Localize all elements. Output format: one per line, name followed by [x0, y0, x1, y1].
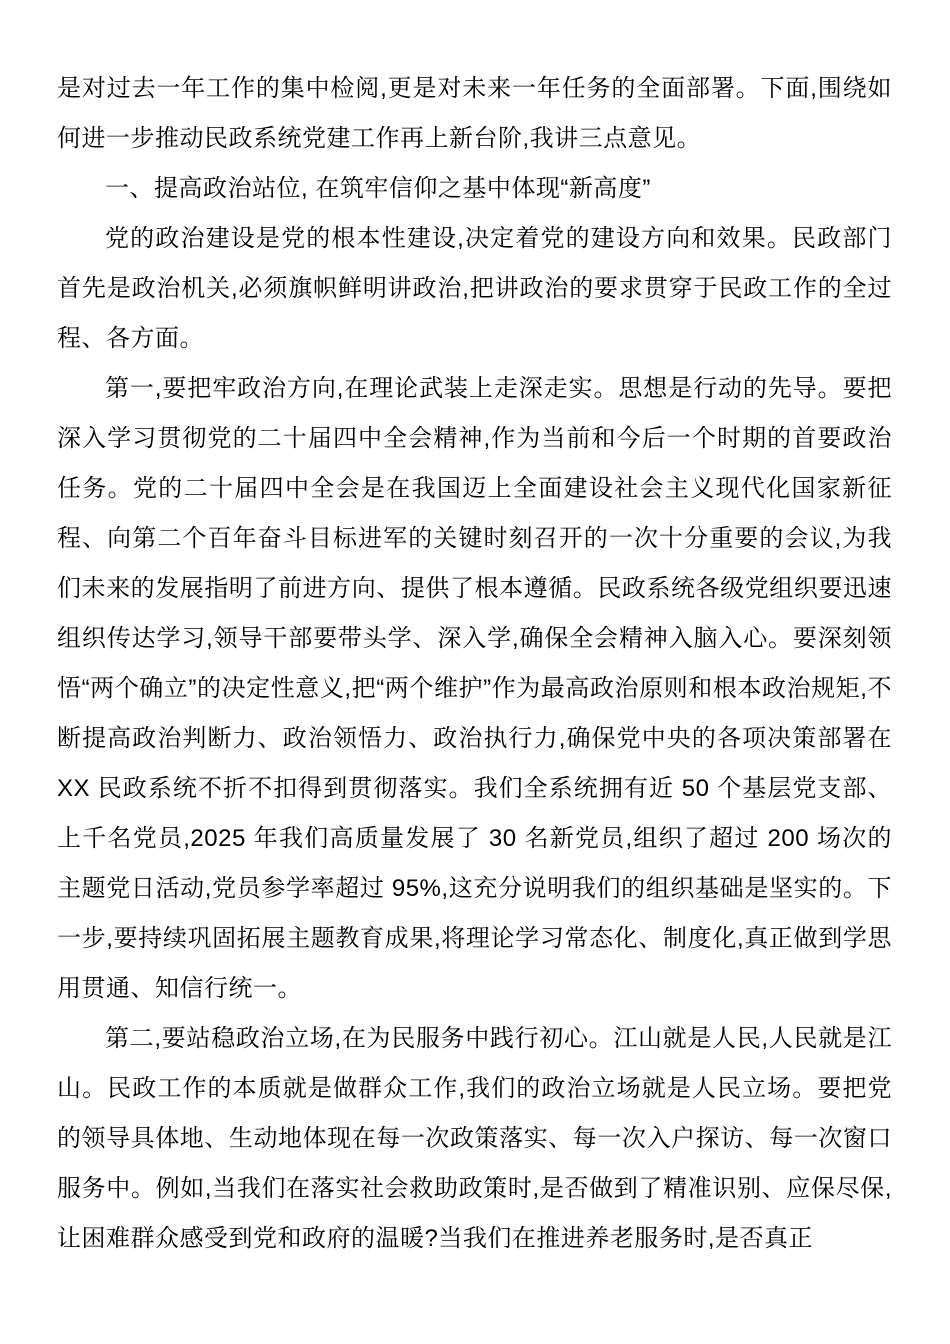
document-page: 是对过去一年工作的集中检阅,更是对未来一年任务的全面部署。下面,围绕如何进一步推…	[0, 0, 950, 1344]
paragraph-political-building: 党的政治建设是党的根本性建设,决定着党的建设方向和效果。民政部门首先是政治机关,…	[57, 214, 892, 364]
paragraph-continuation: 是对过去一年工作的集中检阅,更是对未来一年任务的全面部署。下面,围绕如何进一步推…	[57, 64, 892, 164]
paragraph-second-point: 第二,要站稳政治立场,在为民服务中践行初心。江山就是人民,人民就是江山。民政工作…	[57, 1014, 892, 1264]
paragraph-first-point: 第一,要把牢政治方向,在理论武装上走深走实。思想是行动的先导。要把深入学习贯彻党…	[57, 364, 892, 1014]
section-heading-1: 一、提高政治站位, 在筑牢信仰之基中体现“新高度”	[57, 164, 892, 214]
